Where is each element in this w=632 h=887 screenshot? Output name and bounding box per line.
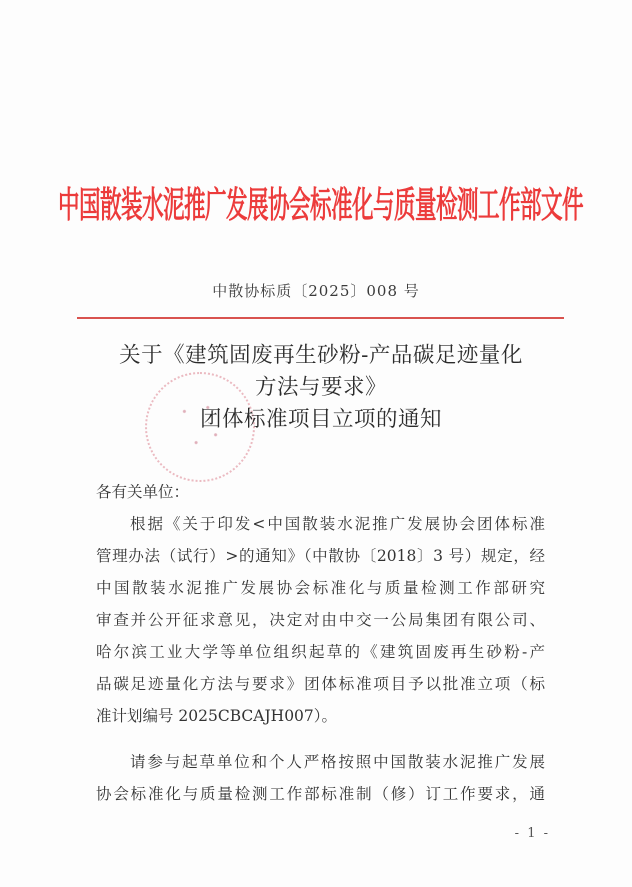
paragraph1-line: 管理办法（试行）>的通知》（中散协〔2018〕3 号）规定，经 (96, 546, 545, 566)
notice-title-line-1: 关于《建筑固废再生砂粉-产品碳足迹量化 (96, 340, 546, 372)
paragraph1-line: 中国散装水泥推广发展协会标准化与质量检测工作部研究 (96, 578, 545, 598)
page-number: - 1 - (510, 826, 550, 841)
notice-title-line-3: 团体标准项目立项的通知 (96, 404, 546, 436)
paragraph2-line: 请参与起草单位和个人严格按照中国散装水泥推广发展 (130, 752, 545, 772)
document-page: 中国散装水泥推广发展协会标准化与质量检测工作部文件 中散协标质〔2025〕008… (0, 0, 632, 887)
paragraph1-line: 根据《关于印发<中国散装水泥推广发展协会团体标准 (130, 514, 545, 534)
paragraph1-line: 审查并公开征求意见，决定对由中交一公局集团有限公司、 (96, 610, 545, 630)
issuer-title: 中国散装水泥推广发展协会标准化与质量检测工作部文件 (58, 182, 583, 228)
paragraph1-line: 准计划编号 2025CBCAJH007）。 (96, 706, 545, 726)
notice-title-line-2: 方法与要求》 (96, 372, 546, 404)
red-separator-rule (77, 317, 564, 319)
paragraph1-line: 品碳足迹量化方法与要求》团体标准项目予以批准立项（标 (96, 674, 545, 694)
salutation: 各有关单位： (96, 482, 545, 502)
document-number: 中散协标质〔2025〕008 号 (0, 281, 632, 301)
paragraph1-line: 哈尔滨工业大学等单位组织起草的《建筑固废再生砂粉-产 (96, 642, 545, 662)
paragraph2-line: 协会标准化与质量检测工作部标准制（修）订工作要求，通 (96, 784, 545, 804)
issuer-red-header: 中国散装水泥推广发展协会标准化与质量检测工作部文件 (83, 182, 557, 228)
